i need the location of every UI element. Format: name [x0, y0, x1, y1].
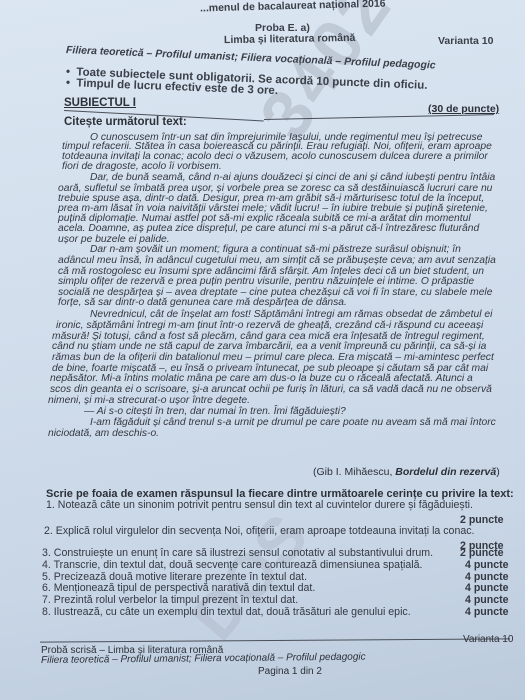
footer-variant: Varianta 10 — [463, 634, 513, 645]
exam-page: 3402 DOS ...menul de bacalaureat naționa… — [0, 0, 525, 700]
text-line: adâncul meu însă, în adâncul cugetului m… — [58, 255, 496, 266]
task-text: Construiește un enunț în care să ilustre… — [54, 547, 433, 559]
task-text: Ilustrează, cu câte un exemplu din textu… — [54, 606, 411, 618]
subject-label: Limba și literatura română — [224, 32, 355, 46]
task-text: Explică rolul virgulelor din secvența No… — [56, 525, 475, 537]
section-points: (30 de puncte) — [428, 103, 499, 115]
source-citation: (Gib I. Mihăescu, Bordelul din rezervă) — [313, 466, 500, 478]
text-line: ironic, săptămâni întregi m-am ținut înt… — [56, 320, 483, 331]
text-line: fiori de dragoste, acolo îi vorbisem. — [62, 161, 222, 172]
text-line: Dar, de bună seamă, când n-ai ajuns două… — [90, 172, 495, 183]
task-number: 7. — [42, 594, 51, 606]
footer-line-2: Filiera teoretică – Profilul umanist; Fi… — [41, 652, 366, 666]
task-points: 4 puncte — [465, 582, 509, 594]
text-line: scos din geanta ei o scrisoare, și-a aru… — [50, 384, 492, 395]
task-item: 8. Ilustrează, cu câte un exemplu din te… — [42, 606, 411, 618]
section-title: SUBIECTUL I — [64, 97, 136, 109]
text-line: I-am făgăduit și când trenul s-a urnit p… — [90, 417, 496, 428]
task-text: Transcrie, din textul dat, două secvențe… — [54, 559, 423, 571]
task-text: Notează câte un sinonim potrivit pentru … — [58, 499, 473, 511]
task-number: 6. — [42, 582, 51, 594]
task-item: 7. Prezintă rolul verbelor la timpul pre… — [42, 594, 298, 606]
text-line: nepăsător. Mi-a întins molatic mâna pe c… — [50, 373, 473, 384]
text-line: niciodată, am deschis-o. — [48, 428, 159, 439]
task-item: 2. Explică rolul virgulelor din secvența… — [44, 525, 474, 537]
task-number: 8. — [42, 606, 51, 618]
task-item: 4. Transcrie, din textul dat, două secve… — [42, 559, 422, 571]
text-line: forțe, să sar dintr-o dată genunea care … — [58, 297, 347, 308]
task-points: 4 puncte — [465, 594, 509, 606]
text-line: Dar n-am șovăit un moment; figura a cont… — [90, 244, 461, 255]
text-line: când nu știam unde ne stă capul de zarva… — [52, 341, 486, 352]
task-item: 3. Construiește un enunț în care să ilus… — [42, 547, 433, 559]
variant-label: Varianta 10 — [438, 35, 493, 47]
task-points: 4 puncte — [465, 606, 509, 618]
text-line: — Ai s-o citești în tren, dar numai în t… — [84, 406, 346, 417]
task-points: 2 puncte — [460, 547, 504, 559]
text-line: rămas bun de la ofițerii din batalionul … — [52, 352, 494, 363]
read-instruction: Citește următorul text: — [64, 116, 187, 128]
task-text: Menționează tipul de perspectivă narativ… — [54, 582, 315, 594]
text-line: simplu ofițer de rezervă e prea puțin pe… — [58, 276, 474, 287]
task-points: 4 puncte — [465, 559, 509, 571]
task-item: 6. Menționează tipul de perspectivă nara… — [42, 582, 315, 594]
page-number: Pagina 1 din 2 — [258, 666, 322, 677]
task-number: 2. — [44, 525, 53, 537]
text-line: Nevrednicul, cât de înșelat am fost! Săp… — [90, 309, 492, 320]
task-text: Prezintă rolul verbelor la timpul prezen… — [54, 594, 298, 606]
task-number: 4. — [42, 559, 51, 571]
text-line: nimeni, și mi-a strecurat-o ușor între d… — [48, 395, 250, 406]
task-number: 1. — [46, 499, 55, 511]
task-item: 1. Notează câte un sinonim potrivit pent… — [46, 499, 473, 511]
text-line: acela. Doamne, aș putea zice disprețul, … — [58, 223, 479, 234]
task-number: 3. — [42, 547, 51, 559]
